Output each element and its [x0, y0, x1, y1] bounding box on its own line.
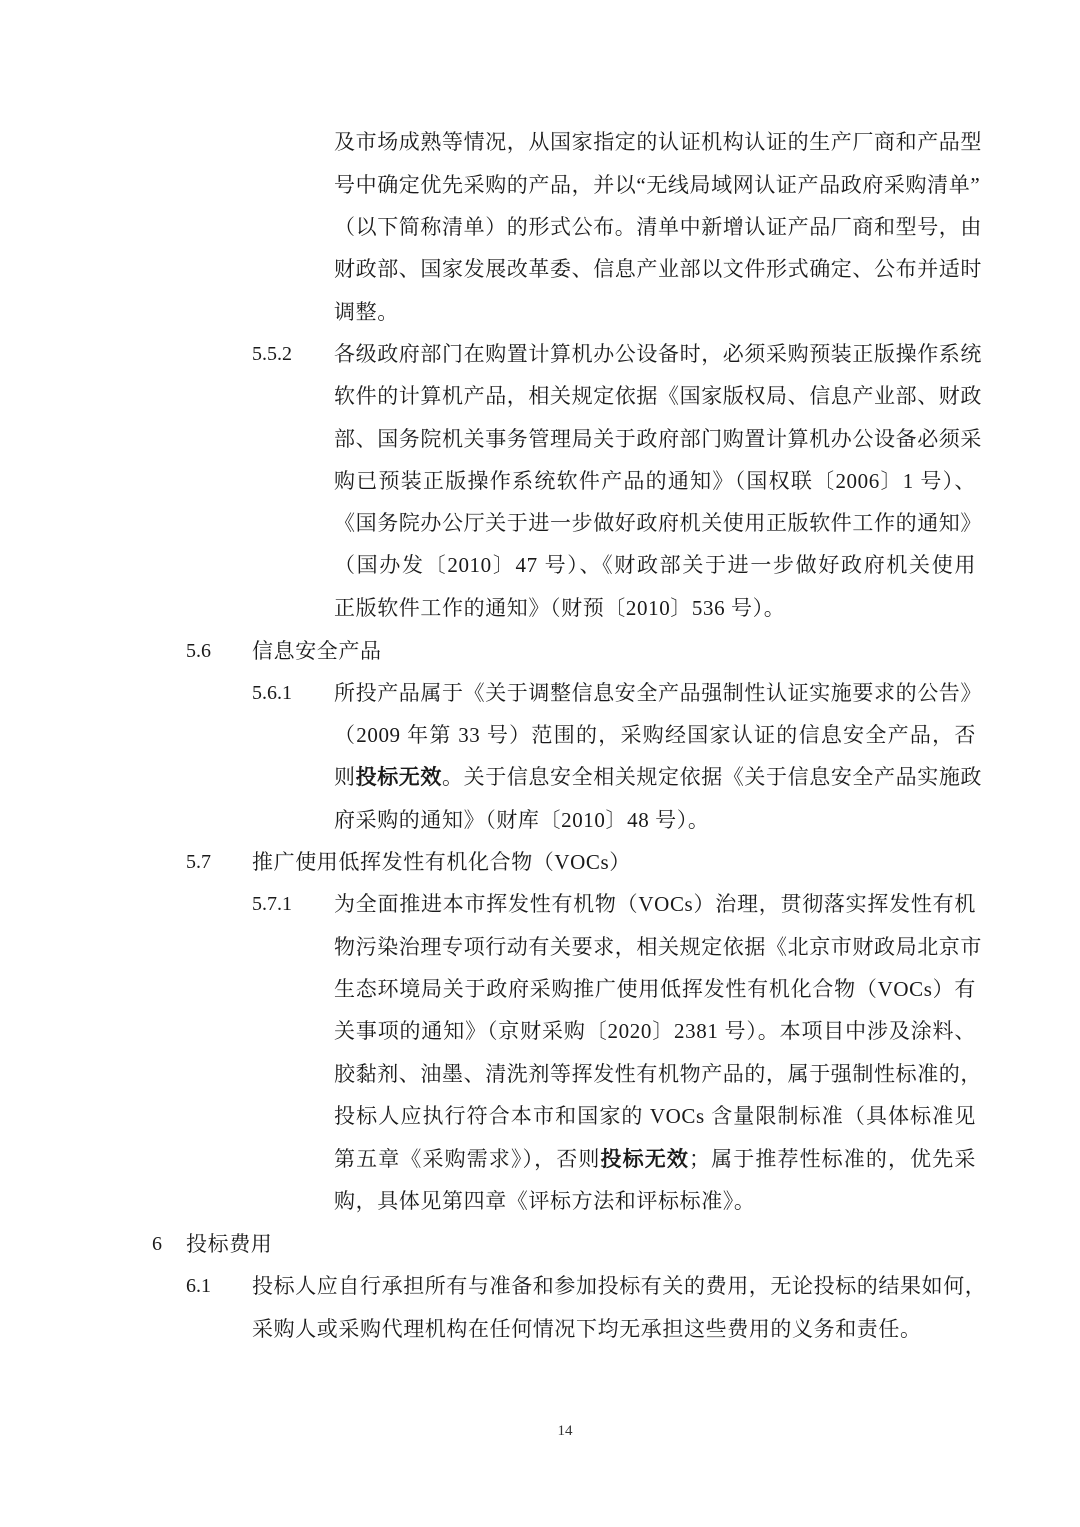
text-line: 《国务院办公厅关于进一步做好政府机关使用正版软件工作的通知》 [334, 508, 976, 538]
section-title: 信息安全产品 [252, 636, 382, 666]
text-line: 所投产品属于《关于调整信息安全产品强制性认证实施要求的公告》 [334, 678, 976, 708]
section-number: 6 [152, 1229, 162, 1259]
text-line: 财政部、国家发展改革委、信息产业部以文件形式确定、公布并适时 [334, 254, 976, 284]
text-line: 关事项的通知》（京财采购〔2020〕2381 号）。本项目中涉及涂料、 [334, 1016, 976, 1046]
text-line: 物污染治理专项行动有关要求，相关规定依据《北京市财政局北京市 [334, 932, 976, 962]
clause-number: 5.7.1 [252, 889, 292, 919]
text-line: 正版软件工作的通知》（财预〔2010〕536 号）。 [334, 593, 785, 623]
clause-number: 5.6.1 [252, 678, 292, 708]
text-line: 软件的计算机产品，相关规定依据《国家版权局、信息产业部、财政 [334, 381, 976, 411]
clause-number: 6.1 [186, 1271, 211, 1301]
page-number: 14 [0, 1423, 1080, 1440]
section-title: 推广使用低挥发性有机化合物（VOCs） [252, 847, 631, 877]
text-line: （以下简称清单）的形式公布。清单中新增认证产品厂商和型号，由 [334, 212, 976, 242]
text-line: 及市场成熟等情况，从国家指定的认证机构认证的生产厂商和产品型 [334, 127, 976, 157]
text-segment: 则 [334, 765, 356, 789]
text-line: 投标人应执行符合本市和国家的 VOCs 含量限制标准（具体标准见 [334, 1101, 976, 1131]
text-line: 第五章《采购需求》），否则投标无效；属于推荐性标准的，优先采 [334, 1144, 976, 1174]
text-line: 各级政府部门在购置计算机办公设备时，必须采购预装正版操作系统 [334, 339, 976, 369]
section-title: 投标费用 [186, 1229, 272, 1259]
text-line: 部、国务院机关事务管理局关于政府部门购置计算机办公设备必须采 [334, 424, 976, 454]
text-line: 投标人应自行承担所有与准备和参加投标有关的费用，无论投标的结果如何， [252, 1271, 974, 1301]
text-line: 则投标无效。关于信息安全相关规定依据《关于信息安全产品实施政 [334, 762, 976, 792]
section-number: 5.6 [186, 636, 211, 666]
text-line: 号中确定优先采购的产品，并以“无线局域网认证产品政府采购清单” [334, 170, 976, 200]
text-line: 府采购的通知》（财库〔2010〕48 号）。 [334, 805, 709, 835]
clause-number: 5.5.2 [252, 339, 292, 369]
text-line: （2009 年第 33 号）范围的，采购经国家认证的信息安全产品，否 [334, 720, 976, 750]
emphasis-invalid-bid: 投标无效 [356, 765, 442, 789]
text-line: 购，具体见第四章《评标方法和评标标准》。 [334, 1186, 756, 1216]
text-segment: 第五章《采购需求》），否则 [334, 1147, 601, 1171]
text-segment: 。关于信息安全相关规定依据《关于信息安全产品实施政 [442, 765, 982, 789]
text-line: 胶黏剂、油墨、清洗剂等挥发性有机物产品的，属于强制性标准的， [334, 1059, 976, 1089]
text-line: 为全面推进本市挥发性有机物（VOCs）治理，贯彻落实挥发性有机 [334, 889, 976, 919]
text-line: 调整。 [334, 297, 399, 327]
text-line: 采购人或采购代理机构在任何情况下均无承担这些费用的义务和责任。 [252, 1314, 922, 1344]
section-number: 5.7 [186, 847, 211, 877]
text-line: （国办发〔2010〕47 号）、《财政部关于进一步做好政府机关使用 [334, 550, 976, 580]
text-line: 购已预装正版操作系统软件产品的通知》（国权联〔2006〕1 号）、 [334, 466, 976, 496]
emphasis-invalid-bid: 投标无效 [601, 1147, 689, 1171]
text-segment: ；属于推荐性标准的，优先采 [689, 1147, 976, 1171]
text-line: 生态环境局关于政府采购推广使用低挥发性有机化合物（VOCs）有 [334, 974, 976, 1004]
